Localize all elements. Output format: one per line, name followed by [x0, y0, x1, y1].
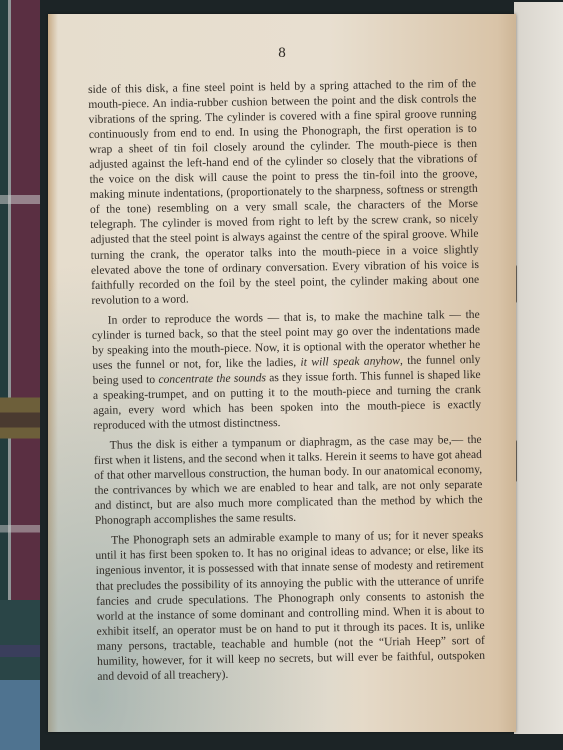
italic-phrase-speak-anyhow: it will speak anyhow — [300, 354, 400, 369]
paragraph-1: side of this disk, a fine steel point is… — [88, 76, 479, 308]
paragraph-4: The Phonograph sets an admirable example… — [95, 527, 485, 684]
page-number: 8 — [48, 45, 516, 62]
facing-page — [514, 2, 563, 734]
body-text: side of this disk, a fine steel point is… — [88, 76, 485, 684]
paragraph-3: Thus the disk is either a tympanum or di… — [94, 432, 483, 528]
italic-phrase-concentrate-sounds: concentrate the sounds — [158, 371, 266, 386]
paragraph-2: In order to reproduce the words — that i… — [92, 307, 482, 433]
book-page: 8 side of this disk, a fine steel point … — [48, 14, 516, 732]
